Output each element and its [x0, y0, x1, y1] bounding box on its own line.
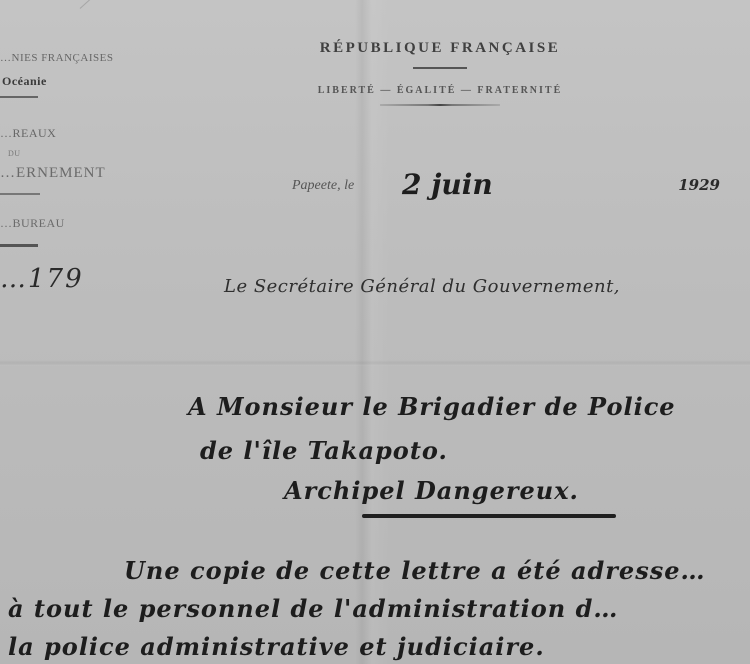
dateline-date: 2 juin	[402, 168, 493, 201]
paper-fold	[0, 360, 750, 366]
body-line: la police administrative et judiciaire.	[8, 632, 545, 661]
addressee-line: Archipel Dangereux.	[284, 476, 579, 505]
dateline-year: 1929	[678, 176, 720, 194]
letterhead-motto: LIBERTÉ — ÉGALITÉ — FRATERNITÉ	[260, 85, 620, 96]
body-line: à tout le personnel de l'administration …	[8, 594, 618, 623]
margin-region: Océanie	[2, 74, 47, 89]
addressee-underline	[362, 514, 616, 518]
sender-title: Le Secrétaire Général du Gouvernement,	[224, 276, 620, 297]
addressee-line: de l'île Takapoto.	[200, 436, 448, 465]
margin-bureau: …BUREAU	[0, 216, 65, 231]
reference-number: …179	[0, 264, 84, 294]
margin-bureaux: …REAUX	[0, 126, 56, 141]
margin-divider	[0, 96, 38, 98]
letterhead-ornament	[380, 104, 500, 106]
dateline: Papeete, le 2 juin 1929	[292, 168, 732, 218]
dateline-place: Papeete, le	[292, 178, 354, 194]
margin-divider	[0, 244, 38, 247]
body-line: Une copie de cette lettre a été adresse…	[124, 556, 706, 585]
margin-colonies: …NIES FRANÇAISES	[0, 52, 113, 64]
letterhead: RÉPUBLIQUE FRANÇAISE LIBERTÉ — ÉGALITÉ —…	[260, 40, 620, 106]
margin-gouvernement: …ERNEMENT	[0, 165, 106, 182]
margin-divider	[0, 193, 40, 195]
letterhead-title: RÉPUBLIQUE FRANÇAISE	[260, 40, 620, 57]
letterhead-rule	[413, 67, 467, 69]
addressee-line: A Monsieur le Brigadier de Police	[188, 392, 676, 421]
margin-du: DU	[8, 149, 21, 158]
